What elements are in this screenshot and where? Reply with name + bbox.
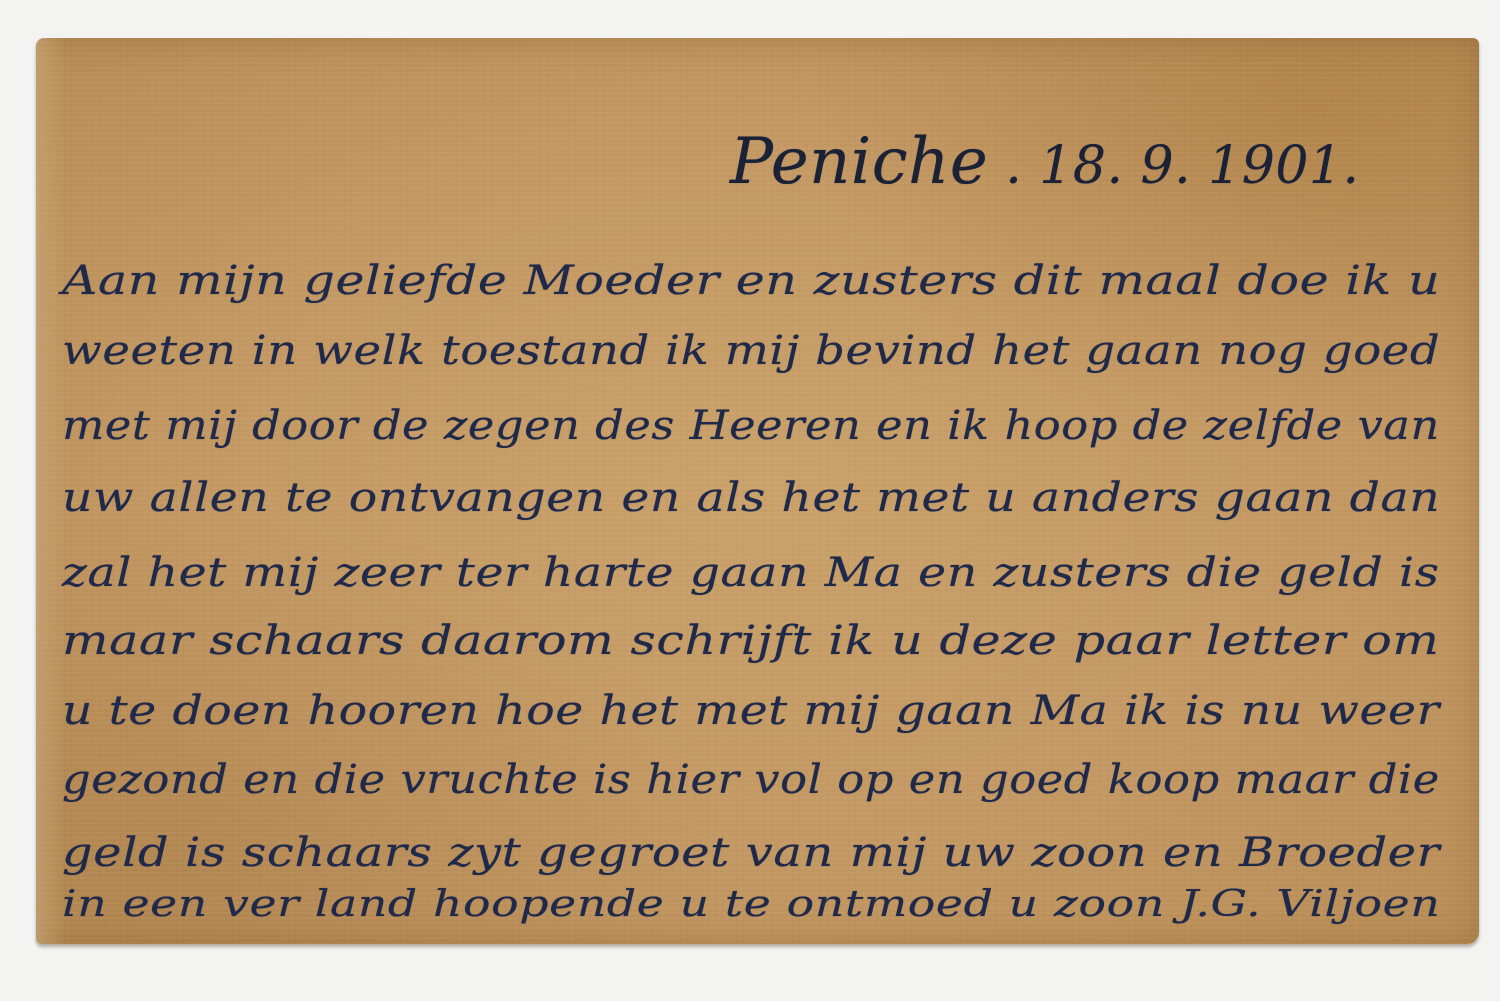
letter-line: u te doen hooren hoe het met mij gaan Ma…: [62, 688, 1440, 734]
letter-heading: Peniche . 18. 9. 1901.: [730, 125, 1360, 199]
letter-line: zal het mij zeer ter harte gaan Ma en zu…: [62, 550, 1440, 596]
letter-line: geld is schaars zyt gegroet van mij uw z…: [62, 830, 1440, 876]
letter-line: gezond en die vruchte is hier vol op en …: [62, 757, 1440, 803]
heading-place: Peniche: [730, 125, 988, 199]
heading-date: . 18. 9. 1901.: [1005, 136, 1359, 196]
letter-line: maar schaars daarom schrijft ik u deze p…: [62, 618, 1440, 664]
letter-line: Aan mijn geliefde Moeder en zusters dit …: [62, 258, 1440, 304]
letter-line: uw allen te ontvangen en als het met u a…: [62, 475, 1440, 521]
letter-line: met mij door de zegen des Heeren en ik h…: [62, 403, 1440, 449]
letter-line: weeten in welk toestand ik mij bevind he…: [62, 328, 1440, 374]
letter-line-signature: in een ver land hoopende u te ontmoed u …: [62, 884, 1440, 925]
